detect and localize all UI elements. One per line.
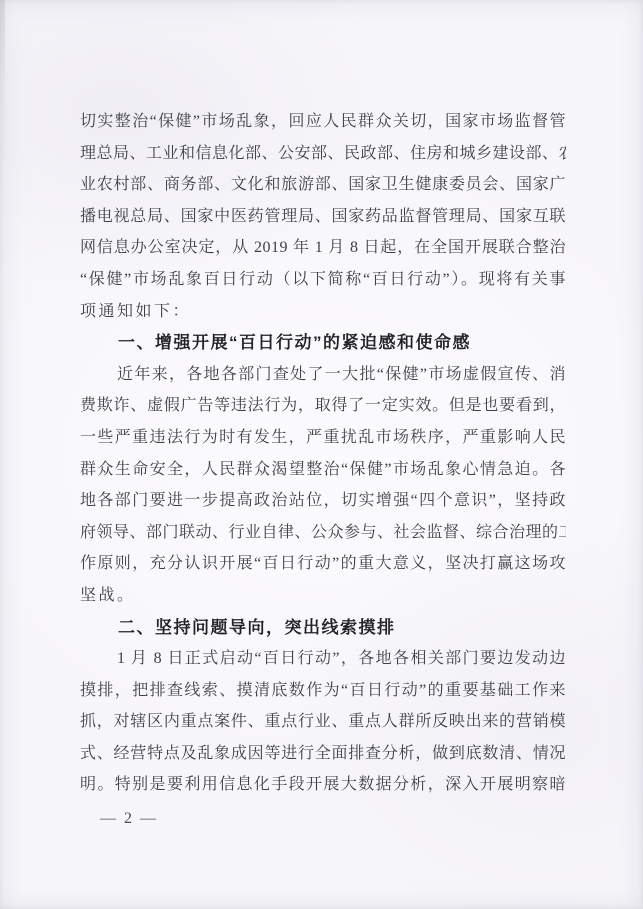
section-1-paragraph-line: 费欺诈、虚假广告等违法行为，取得了一定实效。但是也要看到， (80, 390, 566, 422)
section-1-paragraph-line: 地各部门要进一步提高政治站位，切实增强“四个意识”，坚持政 (80, 485, 566, 517)
section-1-paragraph-line: 府领导、部门联动、行业自律、公众参与、社会监督、综合治理的工 (80, 517, 566, 549)
intro-paragraph-line: 业农村部、商务部、文化和旅游部、国家卫生健康委员会、国家广 (80, 169, 566, 201)
scanned-document-page: 切实整治“保健”市场乱象，回应人民群众关切，国家市场监督管理总局、工业和信息化部… (0, 0, 643, 909)
section-1-paragraph-line: 坚战。 (80, 580, 566, 612)
section-1-paragraph-line: 群众生命安全，人民群众渴望整治“保健”市场乱象心情急迫。各 (80, 454, 566, 486)
intro-paragraph-line: 网信息办公室决定，从 2019 年 1 月 8 日起，在全国开展联合整治 (80, 232, 566, 264)
section-1-paragraph-line: 作原则，充分认识开展“百日行动”的重大意义，坚决打赢这场攻 (80, 548, 566, 580)
section-1-heading: 一、增强开展“百日行动”的紧迫感和使命感 (80, 327, 566, 359)
page-number: — 2 — (100, 810, 158, 828)
scan-edge-artifact (0, 0, 5, 210)
section-2-paragraph-line: 摸排，把排查线索、摸清底数作为“百日行动”的重要基础工作来 (80, 675, 566, 707)
section-1-paragraph-line: 近年来，各地各部门查处了一大批“保健”市场虚假宣传、消 (80, 359, 566, 391)
section-2-paragraph-line: 抓，对辖区内重点案件、重点行业、重点人群所反映出来的营销模 (80, 706, 566, 738)
intro-paragraph-line: 切实整治“保健”市场乱象，回应人民群众关切，国家市场监督管 (80, 106, 566, 138)
section-1-paragraph-line: 一些严重违法行为时有发生，严重扰乱市场秩序，严重影响人民 (80, 422, 566, 454)
intro-paragraph-line: “保健”市场乱象百日行动（以下简称“百日行动”）。现将有关事 (80, 264, 566, 296)
intro-paragraph-line: 项通知如下： (80, 296, 566, 328)
document-body: 切实整治“保健”市场乱象，回应人民群众关切，国家市场监督管理总局、工业和信息化部… (80, 106, 566, 801)
section-2-paragraph-line: 1 月 8 日正式启动“百日行动”，各地各相关部门要边发动边 (80, 643, 566, 675)
section-2-paragraph-line: 明。特别是要利用信息化手段开展大数据分析，深入开展明察暗 (80, 769, 566, 801)
section-2-paragraph-line: 式、经营特点及乱象成因等进行全面排查分析，做到底数清、情况 (80, 738, 566, 770)
section-2-heading: 二、坚持问题导向，突出线索摸排 (80, 612, 566, 644)
intro-paragraph-line: 理总局、工业和信息化部、公安部、民政部、住房和城乡建设部、农 (80, 138, 566, 170)
intro-paragraph-line: 播电视总局、国家中医药管理局、国家药品监督管理局、国家互联 (80, 201, 566, 233)
